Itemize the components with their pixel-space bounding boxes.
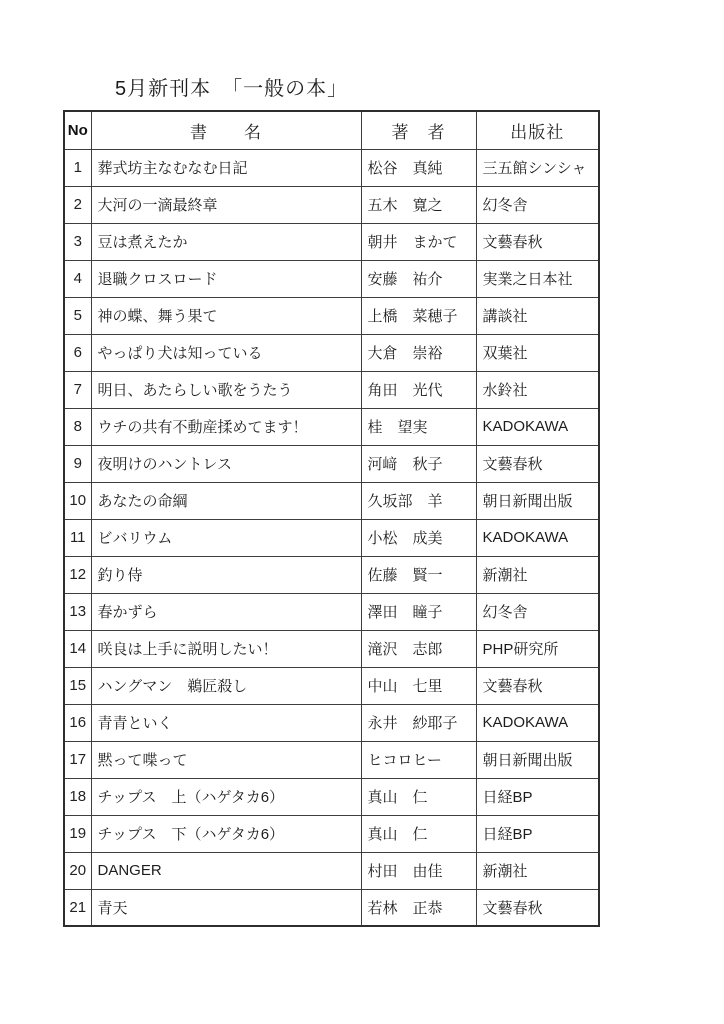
table-row: 16 青青といく 永井 紗耶子 KADOKAWA (64, 704, 599, 741)
book-publisher: 文藝春秋 (476, 667, 599, 704)
book-publisher: PHP研究所 (476, 630, 599, 667)
table-row: 13 春かずら 澤田 瞳子 幻冬舎 (64, 593, 599, 630)
book-author: 安藤 祐介 (361, 260, 476, 297)
book-author: 小松 成美 (361, 519, 476, 556)
row-no: 20 (64, 852, 91, 889)
book-title: 大河の一滴最終章 (91, 186, 361, 223)
row-no: 10 (64, 482, 91, 519)
book-publisher: 水鈴社 (476, 371, 599, 408)
book-title: 咲良は上手に説明したい！ (91, 630, 361, 667)
table-row: 19 チップス 下（ハゲタカ6） 真山 仁 日経BP (64, 815, 599, 852)
book-author: 角田 光代 (361, 371, 476, 408)
row-no: 11 (64, 519, 91, 556)
book-title: 黙って喋って (91, 741, 361, 778)
book-author: 佐藤 賢一 (361, 556, 476, 593)
book-title: 退職クロスロード (91, 260, 361, 297)
book-publisher: 朝日新聞出版 (476, 741, 599, 778)
book-title: あなたの命綱 (91, 482, 361, 519)
table-row: 21 青天 若林 正恭 文藝春秋 (64, 889, 599, 926)
book-title: 春かずら (91, 593, 361, 630)
row-no: 2 (64, 186, 91, 223)
book-publisher: 幻冬舎 (476, 593, 599, 630)
table-row: 6 やっぱり犬は知っている 大倉 崇裕 双葉社 (64, 334, 599, 371)
book-title: 豆は煮えたか (91, 223, 361, 260)
row-no: 13 (64, 593, 91, 630)
book-author: 河﨑 秋子 (361, 445, 476, 482)
book-author: 上橋 菜穂子 (361, 297, 476, 334)
row-no: 21 (64, 889, 91, 926)
book-title: ビバリウム (91, 519, 361, 556)
table-row: 2 大河の一滴最終章 五木 寛之 幻冬舎 (64, 186, 599, 223)
table-row: 1 葬式坊主なむなむ日記 松谷 真純 三五館シンシャ (64, 149, 599, 186)
header-author: 著 者 (361, 111, 476, 149)
book-publisher: 日経BP (476, 815, 599, 852)
book-author: 朝井 まかて (361, 223, 476, 260)
book-author: 真山 仁 (361, 778, 476, 815)
table-row: 14 咲良は上手に説明したい！ 滝沢 志郎 PHP研究所 (64, 630, 599, 667)
book-title: ハングマン 鵜匠殺し (91, 667, 361, 704)
book-author: 大倉 崇裕 (361, 334, 476, 371)
table-header: No 書 名 著 者 出版社 (64, 111, 599, 149)
book-title: 釣り侍 (91, 556, 361, 593)
book-publisher: 文藝春秋 (476, 889, 599, 926)
table-row: 15 ハングマン 鵜匠殺し 中山 七里 文藝春秋 (64, 667, 599, 704)
table-row: 7 明日、あたらしい歌をうたう 角田 光代 水鈴社 (64, 371, 599, 408)
book-table-body: 1 葬式坊主なむなむ日記 松谷 真純 三五館シンシャ 2 大河の一滴最終章 五木… (64, 149, 599, 926)
book-publisher: 文藝春秋 (476, 445, 599, 482)
table-row: 18 チップス 上（ハゲタカ6） 真山 仁 日経BP (64, 778, 599, 815)
row-no: 16 (64, 704, 91, 741)
row-no: 5 (64, 297, 91, 334)
book-title: 青青といく (91, 704, 361, 741)
book-title: 夜明けのハントレス (91, 445, 361, 482)
table-row: 17 黙って喋って ヒコロヒー 朝日新聞出版 (64, 741, 599, 778)
row-no: 12 (64, 556, 91, 593)
book-publisher: KADOKAWA (476, 704, 599, 741)
table-row: 11 ビバリウム 小松 成美 KADOKAWA (64, 519, 599, 556)
row-no: 8 (64, 408, 91, 445)
row-no: 1 (64, 149, 91, 186)
book-author: 久坂部 羊 (361, 482, 476, 519)
book-publisher: 三五館シンシャ (476, 149, 599, 186)
book-title: やっぱり犬は知っている (91, 334, 361, 371)
book-author: 滝沢 志郎 (361, 630, 476, 667)
header-row: No 書 名 著 者 出版社 (64, 111, 599, 149)
row-no: 17 (64, 741, 91, 778)
book-publisher: 新潮社 (476, 852, 599, 889)
table-row: 9 夜明けのハントレス 河﨑 秋子 文藝春秋 (64, 445, 599, 482)
book-author: 桂 望実 (361, 408, 476, 445)
book-publisher: 講談社 (476, 297, 599, 334)
book-title: チップス 下（ハゲタカ6） (91, 815, 361, 852)
book-author: 澤田 瞳子 (361, 593, 476, 630)
row-no: 7 (64, 371, 91, 408)
table-row: 8 ウチの共有不動産揉めてます！ 桂 望実 KADOKAWA (64, 408, 599, 445)
row-no: 14 (64, 630, 91, 667)
book-title: ウチの共有不動産揉めてます！ (91, 408, 361, 445)
row-no: 4 (64, 260, 91, 297)
header-publisher: 出版社 (476, 111, 599, 149)
document-page: 5月新刊本 「一般の本」 No 書 名 著 者 出版社 1 葬式坊主なむなむ日記… (0, 0, 724, 1024)
book-publisher: 幻冬舎 (476, 186, 599, 223)
book-publisher: 日経BP (476, 778, 599, 815)
book-author: 中山 七里 (361, 667, 476, 704)
row-no: 15 (64, 667, 91, 704)
book-publisher: 実業之日本社 (476, 260, 599, 297)
row-no: 19 (64, 815, 91, 852)
row-no: 9 (64, 445, 91, 482)
book-publisher: 文藝春秋 (476, 223, 599, 260)
book-author: 若林 正恭 (361, 889, 476, 926)
row-no: 3 (64, 223, 91, 260)
book-title: 青天 (91, 889, 361, 926)
row-no: 6 (64, 334, 91, 371)
book-author: 真山 仁 (361, 815, 476, 852)
book-publisher: 朝日新聞出版 (476, 482, 599, 519)
book-publisher: KADOKAWA (476, 408, 599, 445)
book-list-table: No 書 名 著 者 出版社 1 葬式坊主なむなむ日記 松谷 真純 三五館シンシ… (63, 110, 600, 927)
book-title: 神の蝶、舞う果て (91, 297, 361, 334)
book-publisher: 双葉社 (476, 334, 599, 371)
table-row: 5 神の蝶、舞う果て 上橋 菜穂子 講談社 (64, 297, 599, 334)
header-title: 書 名 (91, 111, 361, 149)
header-no: No (64, 111, 91, 149)
book-title: チップス 上（ハゲタカ6） (91, 778, 361, 815)
book-title: DANGER (91, 852, 361, 889)
table-row: 4 退職クロスロード 安藤 祐介 実業之日本社 (64, 260, 599, 297)
page-title: 5月新刊本 「一般の本」 (115, 72, 348, 101)
table-row: 20 DANGER 村田 由佳 新潮社 (64, 852, 599, 889)
book-author: 松谷 真純 (361, 149, 476, 186)
row-no: 18 (64, 778, 91, 815)
book-author: ヒコロヒー (361, 741, 476, 778)
book-title: 明日、あたらしい歌をうたう (91, 371, 361, 408)
table-row: 10 あなたの命綱 久坂部 羊 朝日新聞出版 (64, 482, 599, 519)
table-row: 3 豆は煮えたか 朝井 まかて 文藝春秋 (64, 223, 599, 260)
book-title: 葬式坊主なむなむ日記 (91, 149, 361, 186)
book-publisher: KADOKAWA (476, 519, 599, 556)
book-author: 永井 紗耶子 (361, 704, 476, 741)
book-author: 村田 由佳 (361, 852, 476, 889)
table-row: 12 釣り侍 佐藤 賢一 新潮社 (64, 556, 599, 593)
book-publisher: 新潮社 (476, 556, 599, 593)
book-author: 五木 寛之 (361, 186, 476, 223)
